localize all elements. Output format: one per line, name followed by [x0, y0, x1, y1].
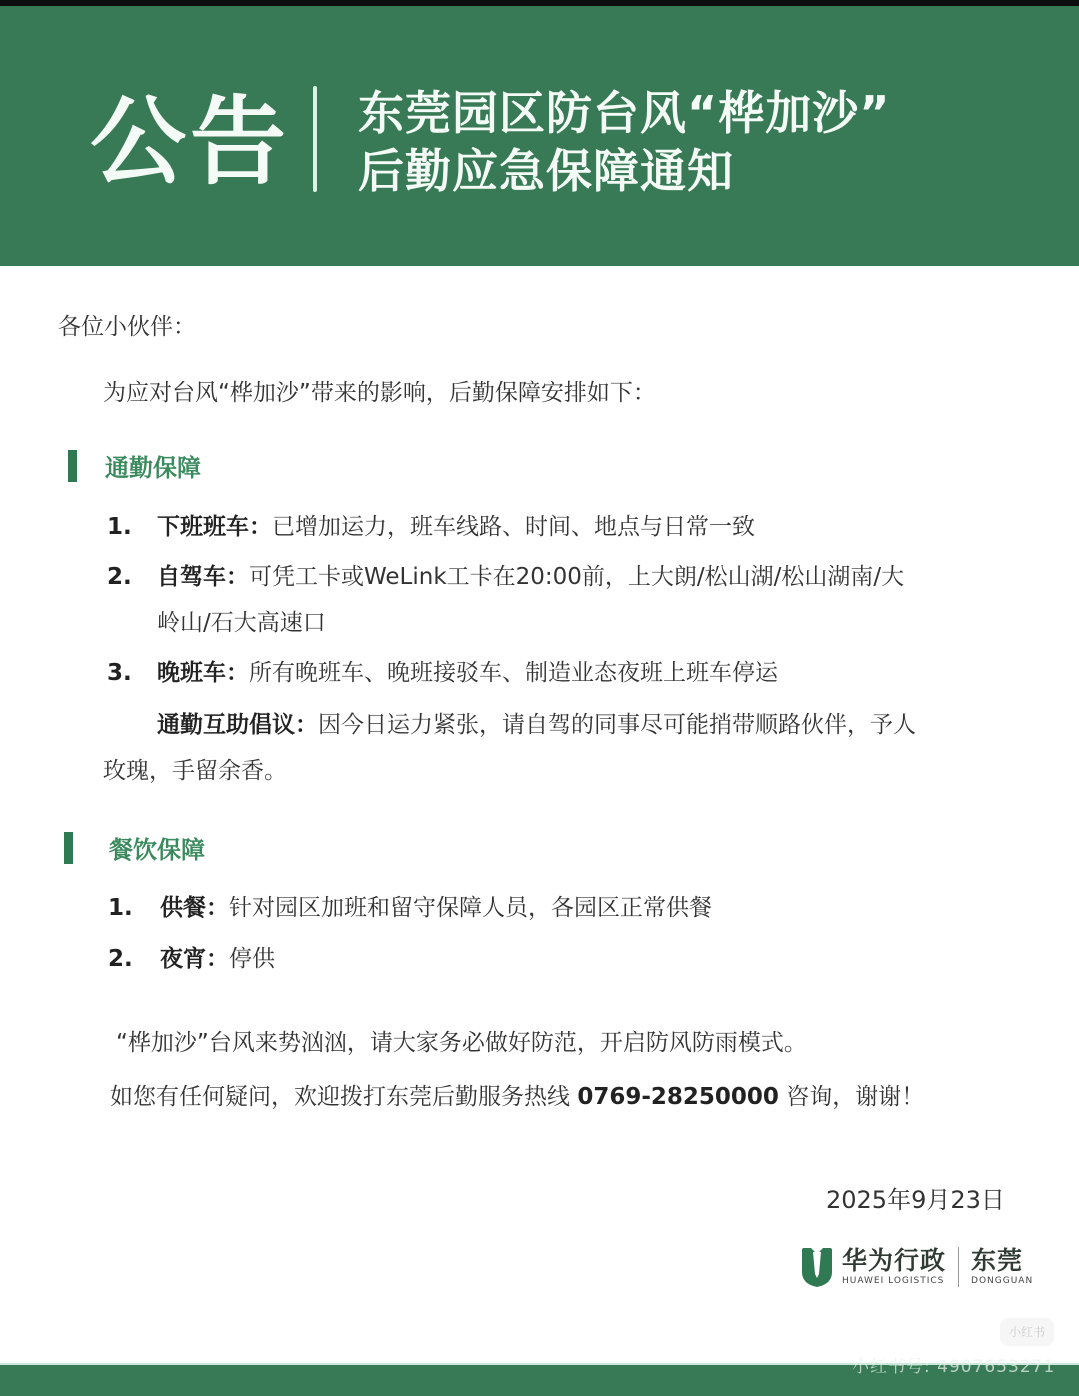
- section-catering-heading: 餐饮保障: [64, 830, 205, 865]
- notice-title: 东莞园区防台风“桦加沙” 后勤应急保障通知: [358, 84, 890, 200]
- list-item-self-drive: 2.自驾车：可凭工卡或WeLink工卡在20:00前，上大朗/松山湖/松山湖南/…: [107, 554, 904, 600]
- item-number: 2.: [108, 936, 160, 982]
- list-item-meals: 1.供餐：针对园区加班和留守保障人员，各园区正常供餐: [108, 885, 712, 931]
- section-bar-icon: [64, 832, 73, 864]
- contact-suffix: 咨询，谢谢！: [779, 1084, 924, 1110]
- section-bar-icon: [68, 450, 77, 482]
- closing-warning: “桦加沙”台风来势汹汹，请大家务必做好防范，开启防风防雨模式。: [116, 1024, 807, 1057]
- item-number: 3.: [107, 650, 157, 696]
- list-item-late-snack: 2.夜宵：停供: [108, 936, 275, 982]
- logo-region-cn: 东莞: [971, 1248, 1033, 1274]
- notice-header: 公告 东莞园区防台风“桦加沙” 后勤应急保障通知: [0, 6, 1079, 266]
- logo-en: HUAWEI LOGISTICS: [842, 1276, 946, 1286]
- intro-paragraph: 为应对台风“桦加沙”带来的影响，后勤保障安排如下：: [103, 374, 656, 407]
- hotline-number: 0769-28250000: [577, 1084, 779, 1110]
- item-key: 晚班车：: [157, 660, 249, 686]
- watermark-text: 小红书号: 4907653271: [852, 1352, 1055, 1377]
- item-text: 停供: [229, 946, 275, 972]
- shield-tie-icon: [800, 1246, 834, 1288]
- section-commute-heading: 通勤保障: [68, 448, 201, 483]
- item-key: 夜宵：: [160, 946, 229, 972]
- greeting: 各位小伙伴：: [58, 308, 196, 341]
- contact-prefix: 如您有任何疑问，欢迎拨打东莞后勤服务热线: [110, 1084, 577, 1110]
- huawei-logistics-logo: 华为行政 HUAWEI LOGISTICS 东莞 DONGGUAN: [800, 1246, 1033, 1288]
- list-item-shuttle: 1.下班班车：已增加运力，班车线路、时间、地点与日常一致: [107, 504, 755, 550]
- item-key: 供餐：: [160, 895, 229, 921]
- item-key: 自驾车：: [157, 564, 249, 590]
- section-label: 餐饮保障: [109, 830, 205, 865]
- list-item-self-drive-cont: 岭山/石大高速口: [157, 600, 326, 646]
- logo-cn: 华为行政: [842, 1248, 946, 1274]
- item-number: 2.: [107, 554, 157, 600]
- notice-date: 2025年9月23日: [826, 1180, 1005, 1215]
- notice-label: 公告: [90, 92, 290, 192]
- list-item-night-shuttle: 3.晚班车：所有晚班车、晚班接驳车、制造业态夜班上班车停运: [107, 650, 778, 696]
- watermark-badge: 小红书: [1000, 1318, 1054, 1346]
- section-label: 通勤保障: [105, 448, 201, 483]
- note-text: 因今日运力紧张，请自驾的同事尽可能捎带顺路伙伴，予人: [318, 712, 916, 738]
- carpool-note-cont: 玫瑰，手留余香。: [103, 748, 287, 794]
- item-text: 针对园区加班和留守保障人员，各园区正常供餐: [229, 895, 712, 921]
- logo-divider: [958, 1247, 959, 1287]
- item-text: 所有晚班车、晚班接驳车、制造业态夜班上班车停运: [249, 660, 778, 686]
- closing-contact: 如您有任何疑问，欢迎拨打东莞后勤服务热线 0769-28250000 咨询，谢谢…: [110, 1078, 924, 1111]
- item-number: 1.: [107, 504, 157, 550]
- note-key: 通勤互助倡议：: [157, 712, 318, 738]
- item-text: 可凭工卡或WeLink工卡在20:00前，上大朗/松山湖/松山湖南/大: [249, 564, 904, 590]
- title-line-1: 东莞园区防台风“桦加沙”: [358, 84, 890, 142]
- item-number: 1.: [108, 885, 160, 931]
- header-divider: [313, 86, 317, 192]
- carpool-note: 通勤互助倡议：因今日运力紧张，请自驾的同事尽可能捎带顺路伙伴，予人: [157, 702, 916, 748]
- logo-region-en: DONGGUAN: [971, 1276, 1033, 1286]
- title-line-2: 后勤应急保障通知: [358, 142, 890, 200]
- item-text: 已增加运力，班车线路、时间、地点与日常一致: [272, 514, 755, 540]
- item-key: 下班班车：: [157, 514, 272, 540]
